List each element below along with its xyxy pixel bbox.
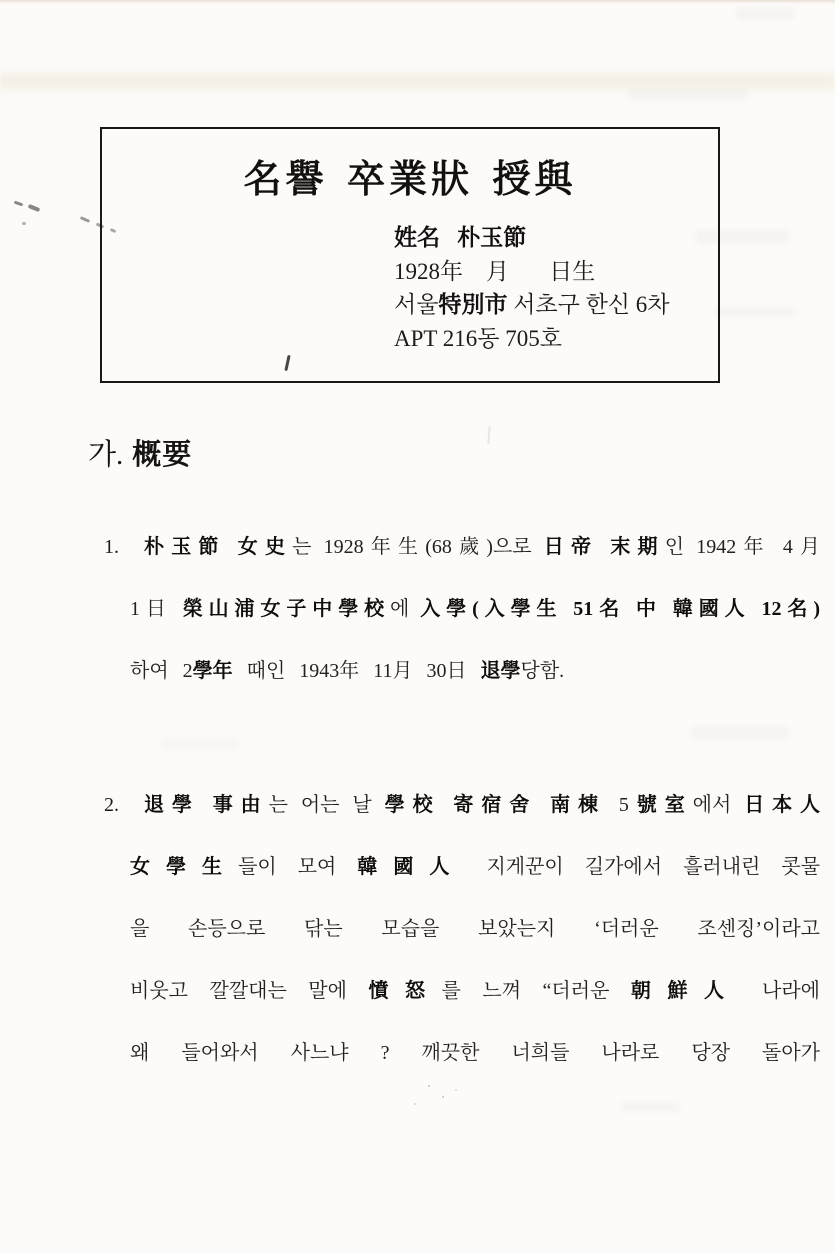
hanja-emphasis: 退學 事由 — [144, 794, 269, 816]
text-line: 왜 들어와서 사느냐 ? 깨끗한 너희들 나라로 당장 돌아가 — [130, 1022, 820, 1084]
certificate-info-line: 1928年 月 日生 — [394, 255, 670, 289]
text-run: 서초구 한신 6차 — [507, 292, 669, 317]
hanja-emphasis: 學校 寄宿舍 南棟 — [385, 794, 606, 816]
hanja-emphasis: 入學(入學生 51名 中 韓國人 12名) — [420, 598, 820, 620]
scan-edge-shadow — [0, 0, 835, 4]
text-run: 를 느껴 “더러운 — [442, 980, 631, 1002]
hanja-emphasis: 韓國人 — [357, 856, 465, 878]
document-scan-page: 名譽 卒業狀 授與 姓名 朴玉節1928年 月 日生서울特別市 서초구 한신 6… — [0, 0, 835, 1253]
overview-items: 1.朴玉節 女史는 1928年生(68歲)으로 日帝 末期인 1942年 4月1… — [130, 516, 820, 1084]
stray-pen-mark — [284, 355, 290, 371]
faint-pen-mark — [487, 426, 490, 444]
certificate-box: 名譽 卒業狀 授與 姓名 朴玉節1928年 月 日生서울特別市 서초구 한신 6… — [100, 127, 720, 383]
text-run: 때인 1943年 11月 30日 — [233, 660, 481, 682]
section-heading: 가.概要 — [88, 438, 192, 473]
text-run: 1日 — [130, 598, 183, 620]
text-run: 비웃고 깔깔대는 말에 — [130, 980, 368, 1002]
ink-smudge — [22, 222, 26, 225]
text-run: 왜 들어와서 사느냐 ? 깨끗한 너희들 나라로 당장 돌아가 — [130, 1042, 820, 1064]
text-run: 들이 모여 — [238, 856, 357, 878]
text-run: 당함. — [521, 660, 565, 682]
bleed-through-mark — [715, 306, 795, 318]
text-run: APT 216동 705호 — [394, 326, 562, 351]
overview-item-2: 2.退學 事由는 어는 날 學校 寄宿舍 南棟 5號室에서 日本人女學生들이 모… — [130, 774, 820, 1084]
text-line: 비웃고 깔깔대는 말에 憤怒를 느껴 “더러운 朝鮮人 나라에 — [130, 960, 820, 1022]
bleed-through-mark — [735, 8, 795, 19]
hanja-emphasis: 日帝 末期 — [544, 536, 665, 558]
text-line: 1日 榮山浦女子中學校에 入學(入學生 51名 中 韓國人 12名) — [130, 578, 820, 640]
section-heading-prefix: 가. — [88, 439, 123, 471]
scan-speck — [455, 1089, 457, 1091]
certificate-title: 名譽 卒業狀 授與 — [102, 161, 718, 199]
text-line: 退學 事由는 어는 날 學校 寄宿舍 南棟 5號室에서 日本人 — [130, 774, 820, 836]
hanja-emphasis: 榮山浦女子中學校 — [183, 598, 390, 620]
text-run: 하여 2 — [130, 660, 193, 682]
certificate-info-line: 姓名 朴玉節 — [394, 221, 670, 255]
certificate-info: 姓名 朴玉節1928年 月 日生서울特別市 서초구 한신 6차APT 216동 … — [394, 221, 670, 355]
certificate-info-line: 서울特別市 서초구 한신 6차 — [394, 288, 670, 322]
text-run: 인 1942年 4月 — [665, 536, 820, 558]
text-run: 는 어는 날 — [269, 794, 385, 816]
text-run: 는 1928年生(68歲)으로 — [292, 536, 544, 558]
hanja-emphasis: 女學生 — [130, 856, 238, 878]
text-line: 을 손등으로 닦는 모습을 보았는지 ‘더러운 조센징’이라고 — [130, 898, 820, 960]
scan-speck — [442, 1096, 444, 1098]
text-line: 하여 2學年 때인 1943年 11月 30日 退學당함. — [130, 640, 820, 702]
hanja-emphasis: 朴玉節 女史 — [144, 536, 292, 558]
text-run: 나라에 — [741, 980, 820, 1002]
text-line: 朴玉節 女史는 1928年生(68歲)으로 日帝 末期인 1942年 4月 — [130, 516, 820, 578]
hanja-emphasis: 朝鮮人 — [631, 980, 741, 1002]
overview-item-1: 1.朴玉節 女史는 1928年生(68歲)으로 日帝 末期인 1942年 4月1… — [130, 516, 820, 702]
ink-smudge — [14, 201, 23, 207]
bleed-through-mark — [620, 1102, 680, 1112]
text-run: 1928年 月 日生 — [394, 259, 595, 284]
hanja-emphasis: 日本人 — [744, 794, 820, 816]
text-run: 5 — [606, 794, 629, 816]
text-run: 서울 — [394, 292, 438, 317]
ink-smudge — [80, 216, 90, 223]
section-heading-title: 概要 — [132, 439, 192, 471]
ink-smudge — [28, 204, 41, 212]
certificate-info-line: APT 216동 705호 — [394, 322, 670, 356]
text-line: 女學生들이 모여 韓國人 지게꾼이 길가에서 흘러내린 콧물 — [130, 836, 820, 898]
hanja-emphasis: 號室 — [629, 794, 693, 816]
text-run: 을 손등으로 닦는 모습을 보았는지 ‘더러운 조센징’이라고 — [130, 918, 820, 940]
bleed-through-mark — [628, 88, 748, 101]
hanja-emphasis: 退學 — [481, 660, 521, 682]
hanja-emphasis: 學年 — [193, 660, 233, 682]
hanja-emphasis: 姓名 朴玉節 — [394, 225, 526, 250]
scan-speck — [414, 1103, 416, 1105]
hanja-emphasis: 憤怒 — [368, 980, 441, 1002]
item-number: 1. — [104, 516, 119, 578]
scan-speck — [428, 1085, 430, 1087]
item-number: 2. — [104, 774, 119, 836]
text-run: 에 — [390, 598, 420, 620]
hanja-emphasis: 特別市 — [438, 292, 507, 317]
text-run: 에서 — [693, 794, 745, 816]
text-run: 지게꾼이 길가에서 흘러내린 콧물 — [465, 856, 820, 878]
